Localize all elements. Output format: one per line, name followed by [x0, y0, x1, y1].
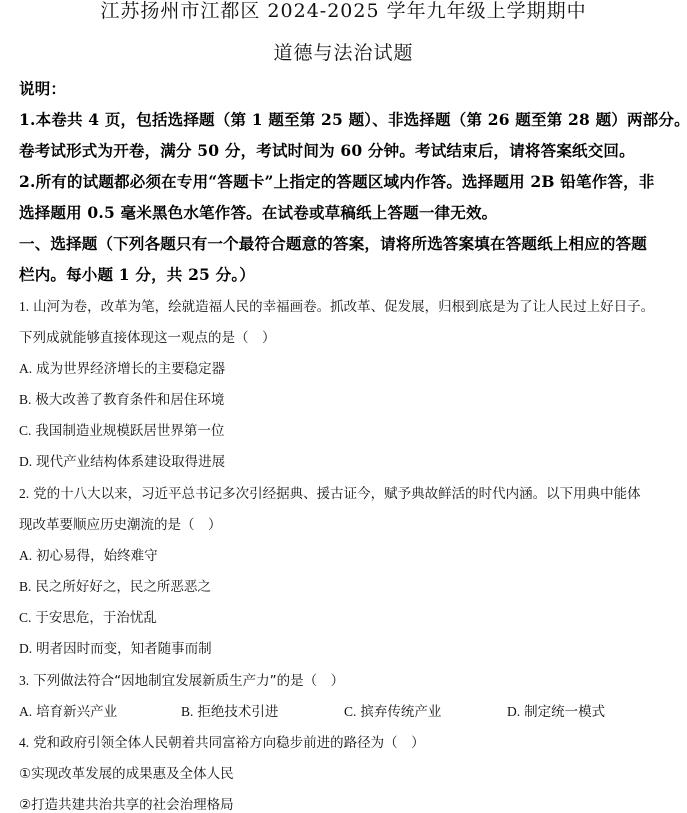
question-2-option-a: A.初心易得，始终难守	[0, 545, 687, 567]
option-letter: B.	[181, 704, 193, 719]
instruction-1-line-1: 1.本卷共 4 页，包括选择题（第 1 题至第 25 题）、非选择题（第 26 …	[19, 109, 687, 131]
question-3-number: 3.	[19, 673, 29, 688]
instruction-1-line-2: 卷考试形式为开卷，满分 50 分，考试时间为 60 分钟。考试结束后，请将答案纸…	[19, 140, 635, 162]
option-text: 成为世界经济增长的主要稳定器	[36, 361, 225, 377]
question-3-option-b: B.拒绝技术引进	[181, 701, 278, 723]
option-text: 培育新兴产业	[36, 704, 117, 720]
question-1-stem-line-2: 下列成就能够直接体现这一观点的是（ ）	[19, 327, 276, 349]
question-1-stem-line-1: 山河为卷，改革为笔，绘就造福人民的幸福画卷。抓改革、促发展，归根到底是为了让人民…	[33, 299, 654, 315]
exam-subject-title: 道德与法治试题	[0, 38, 687, 65]
option-text: 我国制造业规模跃居世界第一位	[35, 423, 224, 439]
option-letter: C.	[344, 704, 356, 719]
option-text: 摈弃传统产业	[360, 704, 441, 720]
option-text: 初心易得，始终难守	[36, 548, 158, 564]
question-3-stem: 3.下列做法符合“因地制宜发展新质生产力”的是（ ）	[19, 670, 344, 692]
question-4-statement-2: ②打造共建共治共享的社会治理格局	[19, 794, 234, 813]
section-1-heading-line-1: 一、选择题（下列各题只有一个最符合题意的答案，请将所选答案填在答题纸上相应的答题	[19, 233, 647, 255]
question-1-stem: 1.山河为卷，改革为笔，绘就造福人民的幸福画卷。抓改革、促发展，归根到底是为了让…	[19, 296, 654, 318]
question-2-stem: 2.党的十八大以来，习近平总书记多次引经据典、援古证今，赋予典故鲜活的时代内涵。…	[19, 483, 641, 505]
question-1-option-b: B.极大改善了教育条件和居住环境	[0, 389, 687, 411]
question-1-option-a: A.成为世界经济增长的主要稳定器	[0, 358, 687, 380]
question-3-option-d: D.制定统一模式	[507, 701, 605, 723]
question-4-stem-line-1: 党和政府引领全体人民朝着共同富裕方向稳步前进的路径为（ ）	[33, 735, 425, 751]
option-letter: A.	[19, 548, 32, 563]
question-2-stem-line-1: 党的十八大以来，习近平总书记多次引经据典、援古证今，赋予典故鲜活的时代内涵。以下…	[33, 486, 641, 502]
instructions-heading: 说明：	[19, 78, 66, 100]
instruction-2-line-2: 选择题用 0.5 毫米黑色水笔作答。在试卷或草稿纸上答题一律无效。	[19, 202, 497, 224]
question-2-option-c: C.于安思危，于治忧乱	[0, 607, 687, 629]
option-letter: A.	[19, 704, 32, 719]
question-2-option-d: D.明者因时而变，知者随事而制	[0, 638, 687, 660]
question-2-stem-line-2: 现改革要顺应历史潮流的是（ ）	[19, 514, 222, 536]
option-letter: D.	[19, 454, 32, 469]
option-letter: C.	[19, 423, 31, 438]
option-text: 明者因时而变，知者随事而制	[36, 641, 212, 657]
question-3-options: A.培育新兴产业 B.拒绝技术引进 C.摈弃传统产业 D.制定统一模式	[0, 701, 687, 723]
question-3-stem-line-1: 下列做法符合“因地制宜发展新质生产力”的是（ ）	[33, 673, 344, 689]
option-text: 制定统一模式	[524, 704, 605, 720]
question-2-option-b: B.民之所好好之，民之所恶恶之	[0, 576, 687, 598]
question-2-number: 2.	[19, 486, 29, 501]
option-text: 现代产业结构体系建设取得进展	[36, 454, 225, 470]
question-3-option-c: C.摈弃传统产业	[344, 701, 441, 723]
option-letter: A.	[19, 361, 32, 376]
exam-page: 江苏扬州市江都区 2024-2025 学年九年级上学期期中 道德与法治试题 说明…	[0, 0, 687, 813]
question-1-number: 1.	[19, 299, 29, 314]
question-4-stem: 4.党和政府引领全体人民朝着共同富裕方向稳步前进的路径为（ ）	[19, 732, 425, 754]
option-letter: D.	[507, 704, 520, 719]
exam-title: 江苏扬州市江都区 2024-2025 学年九年级上学期期中	[0, 0, 687, 23]
question-1-option-c: C.我国制造业规模跃居世界第一位	[0, 420, 687, 442]
option-letter: D.	[19, 641, 32, 656]
option-text: 拒绝技术引进	[197, 704, 278, 720]
option-text: 极大改善了教育条件和居住环境	[35, 392, 224, 408]
section-1-heading-line-2: 栏内。每小题 1 分，共 25 分。）	[19, 264, 255, 286]
option-text: 民之所好好之，民之所恶恶之	[35, 579, 211, 595]
question-1-option-d: D.现代产业结构体系建设取得进展	[0, 451, 687, 473]
instruction-2-line-1: 2.所有的试题都必须在专用“答题卡”上指定的答题区域内作答。选择题用 2B 铅笔…	[19, 171, 655, 193]
question-3-option-a: A.培育新兴产业	[19, 701, 117, 723]
option-letter: B.	[19, 579, 31, 594]
question-4-number: 4.	[19, 735, 29, 750]
option-text: 于安思危，于治忧乱	[35, 610, 157, 626]
option-letter: B.	[19, 392, 31, 407]
question-4-statement-1: ①实现改革发展的成果惠及全体人民	[19, 763, 234, 785]
option-letter: C.	[19, 610, 31, 625]
